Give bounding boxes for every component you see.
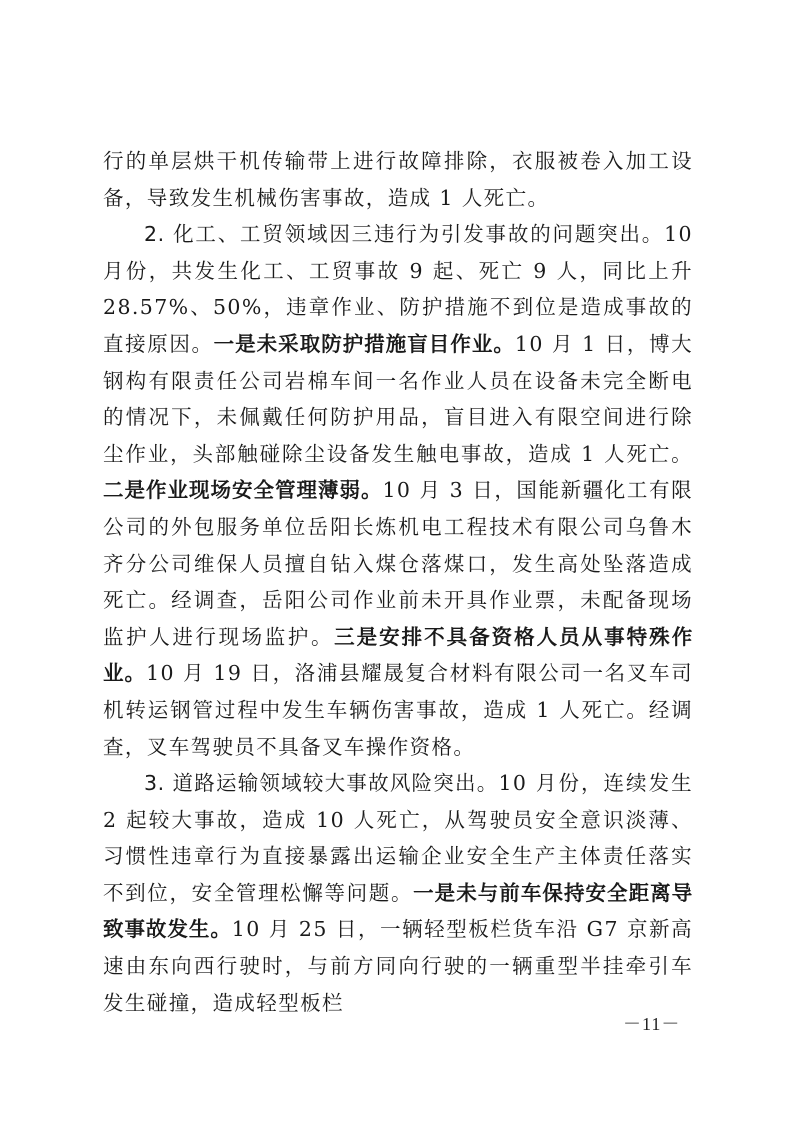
paragraph-3: 3. 道路运输领域较大事故风险突出。10 月份，连续发生 2 起较大事故，造成 … xyxy=(103,765,693,1021)
bold-point-1: 一是未采取防护措施盲目作业。 xyxy=(214,332,515,356)
paragraph-2: 2. 化工、工贸领域因三违行为引发事故的问题突出。10 月份，共发生化工、工贸事… xyxy=(103,216,693,765)
body-text: 10 月 19 日，洛浦县耀晟复合材料有限公司一名叉车司机转运钢管过程中发生车辆… xyxy=(103,661,693,758)
section-heading-2: 2. 化工、工贸领域因三违行为引发事故的问题突出。 xyxy=(144,222,664,246)
section-heading-3: 3. 道路运输领域较大事故风险突出。 xyxy=(144,771,498,795)
paragraph-1: 行的单层烘干机传输带上进行故障排除，衣服被卷入加工设备，导致发生机械伤害事故，造… xyxy=(103,143,693,216)
body-text: 行的单层烘干机传输带上进行故障排除，衣服被卷入加工设备，导致发生机械伤害事故，造… xyxy=(103,149,693,210)
page-number: －11－ xyxy=(623,1010,680,1036)
document-page: 行的单层烘干机传输带上进行故障排除，衣服被卷入加工设备，导致发生机械伤害事故，造… xyxy=(103,143,693,1021)
body-text: 10 月 3 日，国能新疆化工有限公司的外包服务单位岳阳长炼机电工程技术有限公司… xyxy=(103,478,693,648)
bold-point-2: 二是作业现场安全管理薄弱。 xyxy=(103,478,382,502)
